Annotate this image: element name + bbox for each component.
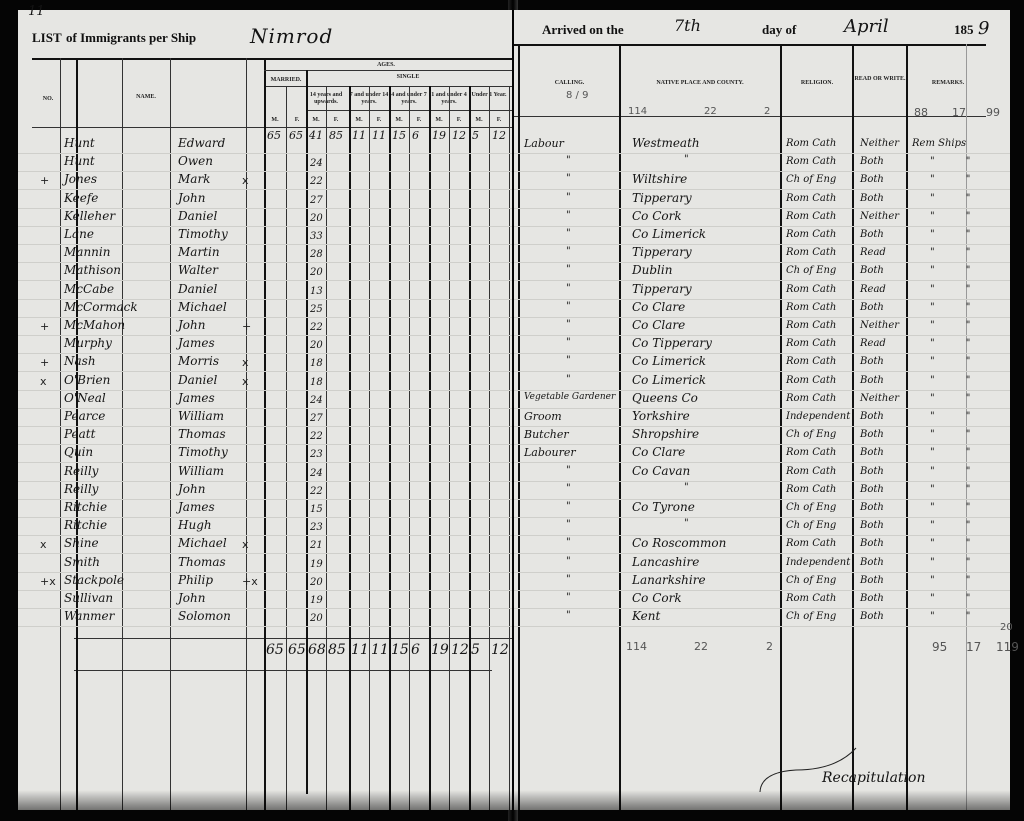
read-write: Neither: [860, 211, 899, 222]
header-tally: 19: [432, 129, 446, 142]
native-place: Lancashire: [632, 555, 699, 569]
surname: Pearce: [64, 409, 105, 423]
age-cell: 22: [310, 176, 323, 187]
surname: McCabe: [64, 282, 114, 296]
native-place: Tipperary: [632, 282, 692, 296]
given-name: John: [178, 482, 206, 496]
header-tally: 65: [267, 129, 281, 142]
surname: Hunt: [64, 154, 95, 168]
remarks: " ": [930, 156, 984, 167]
ship-name: Nimrod: [250, 24, 333, 48]
religion: Rom Cath: [786, 229, 836, 240]
row-rule: [514, 462, 1010, 463]
read-write: Both: [860, 575, 884, 586]
row-rule: [514, 262, 1010, 263]
header-male: M.: [306, 117, 326, 124]
age-cell: 27: [310, 413, 323, 424]
read-write: Both: [860, 502, 884, 513]
row-mark-left: x: [40, 375, 47, 388]
row-rule: [514, 553, 1010, 554]
religion: Independent: [786, 557, 850, 568]
row-rule: [514, 226, 1010, 227]
surname: McCormack: [64, 300, 138, 314]
age-col-rule: [369, 86, 370, 810]
recapitulation-label: Recapitulation: [822, 770, 925, 786]
header-male: M.: [264, 117, 286, 124]
calling: Labour: [524, 137, 564, 150]
year-prefix: 185: [954, 22, 974, 38]
religion: Rom Cath: [786, 375, 836, 386]
calling: ": [566, 355, 571, 366]
calling: ": [566, 610, 571, 621]
remarks: " ": [930, 302, 984, 313]
age-cell: 22: [310, 431, 323, 442]
right-page: Arrived on the 7th day of April 185 9 CA…: [514, 10, 1010, 810]
row-rule: [514, 535, 1010, 536]
calling: ": [566, 574, 571, 585]
page-shadow: [18, 790, 512, 810]
header-bottom-rule: [32, 127, 512, 128]
religion: Rom Cath: [786, 447, 836, 458]
native-place: Yorkshire: [632, 409, 690, 423]
read-write: Both: [860, 484, 884, 495]
given-name: John: [178, 591, 206, 605]
total-cell: 68: [308, 642, 326, 658]
age-cell: 21: [310, 540, 323, 551]
remarks: Rem Ships: [912, 138, 966, 149]
header-tally: 65: [289, 129, 303, 142]
header-read-write: READ OR WRITE.: [854, 76, 906, 83]
native-place: Co Clare: [632, 300, 685, 314]
row-mark-left: +: [40, 320, 49, 333]
row-rule: [514, 590, 1010, 591]
day-of-label: day of: [762, 22, 796, 38]
given-name: Hugh: [178, 518, 212, 532]
row-rule: [514, 244, 1010, 245]
religion: Rom Cath: [786, 338, 836, 349]
calling: ": [566, 465, 571, 476]
read-write: Both: [860, 193, 884, 204]
remarks: " ": [930, 447, 984, 458]
native-place: Co Cork: [632, 209, 682, 223]
row-mark-right: x: [242, 375, 249, 388]
col-rule: [906, 44, 908, 810]
ages-rule: [264, 70, 512, 71]
read-write: Neither: [860, 138, 899, 149]
age-col-rule: [264, 86, 266, 810]
age-cell: 28: [310, 249, 323, 260]
religion: Independent: [786, 411, 850, 422]
calling: ": [566, 537, 571, 548]
given-name: John: [178, 318, 206, 332]
header-tally: 12: [492, 129, 506, 142]
remarks: " ": [930, 557, 984, 568]
religion: Rom Cath: [786, 284, 836, 295]
religion: Rom Cath: [786, 193, 836, 204]
read-write: Both: [860, 229, 884, 240]
header-female: F.: [369, 117, 389, 124]
religion: Rom Cath: [786, 393, 836, 404]
read-write: Both: [860, 538, 884, 549]
native-place: Co Cork: [632, 591, 682, 605]
given-name: James: [178, 391, 215, 405]
native-tally-1: 114: [628, 106, 647, 117]
given-name: Solomon: [178, 609, 231, 623]
age-cell: 20: [310, 340, 323, 351]
row-mark-left: x: [40, 538, 47, 551]
row-rule: [514, 626, 1010, 627]
given-name: James: [178, 336, 215, 350]
remarks: " ": [930, 320, 984, 331]
age-col-rule: [509, 86, 510, 810]
given-name: Mark: [178, 172, 210, 186]
native-total-1: 114: [626, 640, 647, 653]
row-rule: [514, 299, 1010, 300]
read-write: Read: [860, 284, 886, 295]
row-rule: [514, 608, 1010, 609]
given-name: John: [178, 191, 206, 205]
read-write: Both: [860, 265, 884, 276]
surname: Shine: [64, 536, 99, 550]
religion: Rom Cath: [786, 356, 836, 367]
native-place: Co Tipperary: [632, 336, 712, 350]
header-tally: 11: [352, 129, 366, 142]
given-name: Thomas: [178, 427, 226, 441]
row-rule: [514, 153, 1010, 154]
remarks-total-3: 119: [996, 640, 1019, 654]
remarks: " ": [930, 502, 984, 513]
surname: Murphy: [64, 336, 112, 350]
total-cell: 15: [391, 642, 409, 658]
total-cell: 11: [351, 642, 369, 658]
native-place: Tipperary: [632, 191, 692, 205]
title-text: of Immigrants per Ship: [66, 30, 196, 46]
calling: ": [566, 192, 571, 203]
row-rule: [514, 517, 1010, 518]
header-name: NAME.: [122, 94, 170, 101]
header-native-place: NATIVE PLACE AND COUNTY.: [620, 80, 780, 87]
surname: Kelleher: [64, 209, 115, 223]
title-prefix: LIST: [32, 30, 62, 46]
age-col-rule: [326, 86, 327, 810]
age-cell: 27: [310, 195, 323, 206]
row-mark-right: x: [242, 356, 249, 369]
row-mark-left: +: [40, 356, 49, 369]
native-place: Co Clare: [632, 318, 685, 332]
row-rule: [514, 208, 1010, 209]
header-male: M.: [389, 117, 409, 124]
row-rule: [514, 426, 1010, 427]
surname: Mathison: [64, 263, 121, 277]
religion: Ch of Eng: [786, 520, 836, 531]
age-col-rule: [449, 86, 450, 810]
native-place: Kent: [632, 609, 660, 623]
total-cell: 65: [266, 642, 284, 658]
row-rule: [18, 626, 512, 627]
native-place: Co Limerick: [632, 354, 706, 368]
native-place: Co Clare: [632, 445, 685, 459]
read-write: Neither: [860, 320, 899, 331]
calling: ": [566, 556, 571, 567]
remarks: " ": [930, 265, 984, 276]
calling: ": [566, 228, 571, 239]
given-name: James: [178, 500, 215, 514]
remarks: " ": [930, 356, 984, 367]
religion: Rom Cath: [786, 593, 836, 604]
row-rule: [514, 572, 1010, 573]
native-place: Shropshire: [632, 427, 699, 441]
surname: Quin: [64, 445, 93, 459]
religion: Rom Cath: [786, 211, 836, 222]
calling: ": [566, 173, 571, 184]
religion: Ch of Eng: [786, 611, 836, 622]
row-mark-right: +: [242, 320, 251, 333]
native-place: Wiltshire: [632, 172, 687, 186]
year-suffix: 9: [978, 18, 989, 39]
remarks: " ": [930, 484, 984, 495]
read-write: Read: [860, 338, 886, 349]
read-write: Read: [860, 247, 886, 258]
given-name: Daniel: [178, 373, 217, 387]
remarks: " ": [930, 229, 984, 240]
remarks: " ": [930, 338, 984, 349]
religion: Ch of Eng: [786, 502, 836, 513]
header-male: M.: [429, 117, 449, 124]
remarks-total-1: 95: [932, 640, 947, 654]
arrived-label: Arrived on the: [542, 22, 624, 38]
given-name: Thomas: [178, 555, 226, 569]
row-rule: [514, 408, 1010, 409]
surname: Sullivan: [64, 591, 113, 605]
age-cell: 25: [310, 304, 323, 315]
given-name: William: [178, 464, 224, 478]
read-write: Neither: [860, 393, 899, 404]
row-rule: [514, 499, 1010, 500]
religion: Rom Cath: [786, 538, 836, 549]
col-rule: [518, 44, 520, 810]
native-place: Co Roscommon: [632, 536, 726, 550]
age-cell: 18: [310, 377, 323, 388]
page-number: 11: [28, 4, 45, 19]
given-name: Timothy: [178, 445, 228, 459]
age-cell: 23: [310, 522, 323, 533]
given-name: Philip: [178, 573, 213, 587]
religion: Ch of Eng: [786, 429, 836, 440]
native-place: Co Limerick: [632, 227, 706, 241]
total-cell: 12: [491, 642, 509, 658]
remarks: " ": [930, 284, 984, 295]
surname: O'Neal: [64, 391, 106, 405]
calling-tally: 8 / 9: [566, 90, 588, 101]
row-mark-right: +x: [242, 575, 258, 588]
row-mark-left: +x: [40, 575, 56, 588]
calling: ": [566, 246, 571, 257]
calling: ": [566, 592, 571, 603]
remarks-tally-1: 88: [914, 106, 928, 119]
native-total-2: 22: [694, 640, 708, 653]
surname: Hunt: [64, 136, 95, 150]
native-place: Co Tyrone: [632, 500, 695, 514]
age-cell: 15: [310, 504, 323, 515]
arrival-month: April: [844, 16, 889, 37]
read-write: Both: [860, 557, 884, 568]
remarks: " ": [930, 211, 984, 222]
row-mark-left: +: [40, 174, 49, 187]
remarks: " ": [930, 411, 984, 422]
age-col-rule: [489, 86, 490, 810]
row-rule: [514, 444, 1010, 445]
age-cell: 22: [310, 322, 323, 333]
remarks: " ": [930, 393, 984, 404]
col-rule: [780, 44, 782, 810]
surname: Peatt: [64, 427, 95, 441]
given-name: Owen: [178, 154, 213, 168]
row-rule: [514, 280, 1010, 281]
table-top-rule: [514, 44, 986, 46]
surname: Ritchie: [64, 500, 107, 514]
calling: ": [566, 301, 571, 312]
age-cell: 20: [310, 613, 323, 624]
calling: Butcher: [524, 428, 569, 441]
native-place: Tipperary: [632, 245, 692, 259]
total-cell: 65: [288, 642, 306, 658]
total-cell: 85: [328, 642, 346, 658]
calling: ": [566, 337, 571, 348]
age-col-rule: [306, 70, 308, 794]
read-write: Both: [860, 447, 884, 458]
row-rule: [514, 335, 1010, 336]
age-cell: 18: [310, 358, 323, 369]
religion: Ch of Eng: [786, 265, 836, 276]
age-cell: 20: [310, 213, 323, 224]
surname: O'Brien: [64, 373, 110, 387]
calling: ": [566, 374, 571, 385]
native-total-3: 2: [766, 640, 773, 653]
age-cell: 23: [310, 449, 323, 460]
header-tally: 41: [309, 129, 323, 142]
col-rule: [852, 44, 854, 810]
header-tally: 6: [412, 129, 419, 142]
col-rule: [619, 44, 621, 810]
row-mark-right: x: [242, 538, 249, 551]
surname: Nash: [64, 354, 96, 368]
calling: ": [566, 155, 571, 166]
given-name: Michael: [178, 300, 227, 314]
total-top-rule: [74, 638, 512, 639]
age-col-rule: [429, 86, 431, 810]
header-calling: CALLING.: [520, 80, 619, 87]
remarks: " ": [930, 593, 984, 604]
given-name: Morris: [178, 354, 219, 368]
age-cell: 13: [310, 286, 323, 297]
native-place: Queens Co: [632, 391, 698, 405]
header-religion: RELIGION.: [782, 80, 852, 87]
read-write: Both: [860, 156, 884, 167]
read-write: Both: [860, 375, 884, 386]
header-female: F.: [489, 117, 509, 124]
header-female: F.: [449, 117, 469, 124]
arrival-day: 7th: [674, 16, 701, 35]
header-married: MARRIED.: [266, 77, 306, 84]
remarks-total-2: 17: [966, 640, 981, 654]
native-place: ": [684, 518, 689, 529]
calling: ": [566, 319, 571, 330]
religion: Rom Cath: [786, 247, 836, 258]
calling: ": [566, 264, 571, 275]
native-place: Lanarkshire: [632, 573, 706, 587]
calling: ": [566, 210, 571, 221]
header-female: F.: [286, 117, 308, 124]
age-cell: 22: [310, 486, 323, 497]
row-rule: [514, 353, 1010, 354]
native-place: ": [684, 154, 689, 165]
row-rule: [514, 481, 1010, 482]
total-cell: 11: [371, 642, 389, 658]
header-remarks: REMARKS.: [908, 80, 988, 87]
remarks: " ": [930, 466, 984, 477]
row-rule: [514, 317, 1010, 318]
row-rule: [514, 371, 1010, 372]
page-shadow: [514, 790, 1010, 810]
given-name: Edward: [178, 136, 225, 150]
religion: Rom Cath: [786, 302, 836, 313]
row-rule: [514, 189, 1010, 190]
remarks: " ": [930, 247, 984, 258]
native-place: Dublin: [632, 263, 672, 277]
header-tally: 85: [329, 129, 343, 142]
remarks: " ": [930, 375, 984, 386]
calling: Vegetable Gardener: [524, 392, 615, 402]
surname: Reilly: [64, 482, 98, 496]
surname: McMahon: [64, 318, 125, 332]
calling: ": [566, 483, 571, 494]
remarks: " ": [930, 538, 984, 549]
read-write: Both: [860, 302, 884, 313]
surname: Jones: [64, 172, 97, 186]
age-cell: 19: [310, 559, 323, 570]
single-rule: [264, 86, 512, 87]
religion: Rom Cath: [786, 320, 836, 331]
calling: ": [566, 501, 571, 512]
age-col-rule: [409, 86, 410, 810]
header-female: F.: [409, 117, 429, 124]
read-write: Both: [860, 520, 884, 531]
remarks: " ": [930, 611, 984, 622]
total-cell: 6: [411, 642, 420, 658]
given-name: Walter: [178, 263, 218, 277]
header-tally: 12: [452, 129, 466, 142]
header-tally: 11: [372, 129, 386, 142]
religion: Ch of Eng: [786, 575, 836, 586]
native-place: Co Cavan: [632, 464, 690, 478]
surname: Stackpole: [64, 573, 124, 587]
age-cell: 24: [310, 468, 323, 479]
remarks: " ": [930, 520, 984, 531]
header-single: SINGLE: [308, 74, 508, 81]
read-write: Both: [860, 466, 884, 477]
given-name: Daniel: [178, 209, 217, 223]
religion: Rom Cath: [786, 156, 836, 167]
read-write: Both: [860, 611, 884, 622]
age-cell: 20: [310, 577, 323, 588]
remarks: " ": [930, 174, 984, 185]
age-col-rule: [286, 86, 287, 810]
read-write: Both: [860, 593, 884, 604]
age-cell: 19: [310, 595, 323, 606]
native-place: ": [684, 482, 689, 493]
age-cell: 24: [310, 158, 323, 169]
religion: Ch of Eng: [786, 174, 836, 185]
